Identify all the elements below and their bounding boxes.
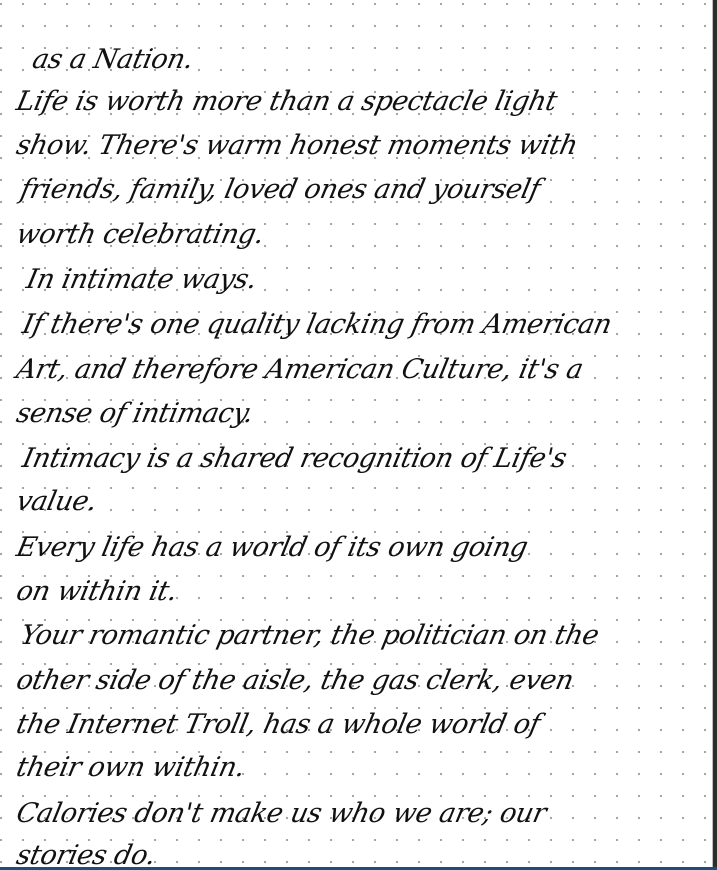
handwritten-line: other side of the aisle, the gas clerk, … (14, 667, 576, 694)
handwritten-line: stories do. (14, 842, 158, 867)
handwritten-line: In intimate ways. (24, 266, 259, 293)
handwritten-line: Intimacy is a shared recognition of Life… (20, 445, 569, 472)
handwritten-line: Calories don't make us who we are; our (14, 800, 549, 827)
handwritten-line: as a Nation. (30, 46, 196, 73)
handwritten-line: Every life has a world of its own going (14, 534, 530, 561)
handwritten-line: Art, and therefore American Culture, it'… (14, 356, 585, 383)
handwritten-line: value. (14, 488, 99, 515)
handwritten-line: show. There's warm honest moments with (14, 132, 580, 159)
handwritten-line: If there's one quality lacking from Amer… (20, 311, 614, 338)
dot-grid-page: as a Nation. Life is worth more than a s… (0, 0, 712, 867)
handwritten-line: on within it. (14, 578, 179, 605)
handwritten-line: friends, family, loved ones and yourself (18, 176, 542, 203)
handwritten-line: their own within. (14, 754, 247, 781)
handwritten-line: Your romantic partner, the politician on… (18, 622, 601, 649)
handwritten-line: the Internet Troll, has a whole world of (14, 711, 542, 738)
handwritten-line: Life is worth more than a spectacle ligh… (14, 88, 559, 115)
handwritten-line: worth celebrating. (14, 221, 266, 248)
handwritten-line: sense of intimacy. (14, 400, 256, 427)
window-frame-right (713, 0, 717, 867)
